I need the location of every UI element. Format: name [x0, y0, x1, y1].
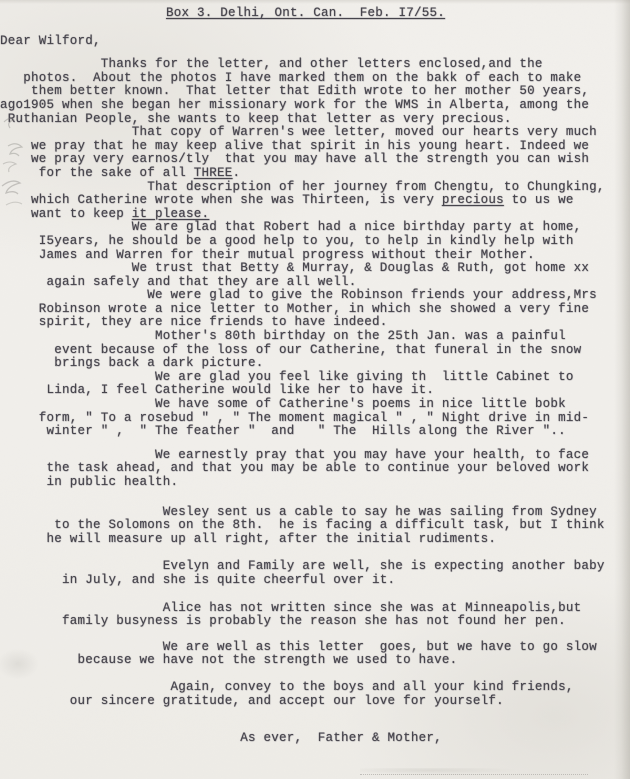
paragraph-catherines-poems: We have some of Catherine's poems in nic…: [0, 398, 630, 439]
dateline: Box 3. Delhi, Ont. Can. Feb. I7/55.: [0, 7, 630, 21]
letter-line: he will measure up all right, after the …: [0, 533, 630, 547]
letter-line: for the sake of all THREE.: [0, 167, 630, 181]
paragraph-robinson-friends: We were glad to give the Robinson friend…: [0, 289, 630, 330]
letter-line: Thanks for the letter, and other letters…: [0, 58, 630, 72]
paragraph-cabinet-linda: We are glad you feel like giving th litt…: [0, 371, 630, 398]
scanned-letter-page: Box 3. Delhi, Ont. Can. Feb. I7/55. Dear…: [0, 0, 630, 779]
letter-line: because we have not the strength we used…: [0, 654, 630, 668]
letter-line: Linda, I feel Catherine would like her t…: [0, 384, 630, 398]
letter-line: That copy of Warren's wee letter, moved …: [0, 126, 630, 140]
letter-line: I5years, he should be a good help to you…: [0, 235, 630, 249]
letter-body: Thanks for the letter, and other letters…: [0, 58, 630, 708]
letter-line: brings back a dark picture.: [0, 357, 630, 371]
signature: As ever, Father & Mother,: [0, 732, 630, 746]
paragraph-warrens-letter: That copy of Warren's wee letter, moved …: [0, 126, 630, 180]
paragraph-wesley-cable: Wesley sent us a cable to say he was sai…: [0, 506, 630, 547]
letter-line: Mother's 80th birthday on the 25th Jan. …: [0, 330, 630, 344]
dateline-text: Box 3. Delhi, Ont. Can. Feb. I7/55.: [166, 6, 445, 20]
signature-text: As ever, Father & Mother,: [0, 731, 442, 745]
paragraph-evelyn-family: Evelyn and Family are well, she is expec…: [0, 560, 630, 587]
paragraph-thanks: Thanks for the letter, and other letters…: [0, 58, 630, 126]
letter-line: ago1905 when she began her missionary wo…: [0, 99, 630, 113]
letter-line: to the Solomons on the 8th. he is facing…: [0, 519, 630, 533]
letter-line: our sincere gratitude, and accept our lo…: [0, 695, 630, 709]
letter-line: family busyness is probably the reason s…: [0, 615, 630, 629]
salutation: Dear Wilford,: [0, 35, 630, 49]
paragraph-we-are-well: We are well as this letter goes, but we …: [0, 641, 630, 668]
paragraph-journey-description: That description of her journey from Che…: [0, 181, 630, 222]
letter-line: We have some of Catherine's poems in nic…: [0, 398, 630, 412]
letter-line: winter " , " The feather " and " The Hil…: [0, 425, 630, 439]
letter-line: in July, and she is quite cheerful over …: [0, 574, 630, 588]
paragraph-robert-birthday: We are glad that Robert had a nice birth…: [0, 221, 630, 262]
letter-line: Again, convey to the boys and all your k…: [0, 681, 630, 695]
letter-line: We trust that Betty & Murray, & Douglas …: [0, 262, 630, 276]
paragraph-alice: Alice has not written since she was at M…: [0, 602, 630, 629]
salutation-text: Dear Wilford,: [0, 34, 101, 48]
paragraph-betty-murray: We trust that Betty & Murray, & Douglas …: [0, 262, 630, 289]
letter-line: in public health.: [0, 476, 630, 490]
letter-line: we pray very earnos/tly that you may hav…: [0, 153, 630, 167]
bottom-scan-smudge: [360, 768, 588, 775]
paragraph-health-prayer: We earnestly pray that you may have your…: [0, 449, 630, 490]
top-scan-edge: [0, 0, 630, 4]
letter-line: Evelyn and Family are well, she is expec…: [0, 560, 630, 574]
letter-line: them better known. That letter that Edit…: [0, 85, 630, 99]
letter-content: Box 3. Delhi, Ont. Can. Feb. I7/55. Dear…: [0, 7, 630, 746]
letter-line: We were glad to give the Robinson friend…: [0, 289, 630, 303]
paragraph-mothers-birthday: Mother's 80th birthday on the 25th Jan. …: [0, 330, 630, 371]
paragraph-gratitude: Again, convey to the boys and all your k…: [0, 681, 630, 708]
letter-line: We are glad that Robert had a nice birth…: [0, 221, 630, 235]
letter-line: which Catherine wrote when she was Thirt…: [0, 194, 630, 208]
letter-line: the task ahead, and that you may be able…: [0, 462, 630, 476]
